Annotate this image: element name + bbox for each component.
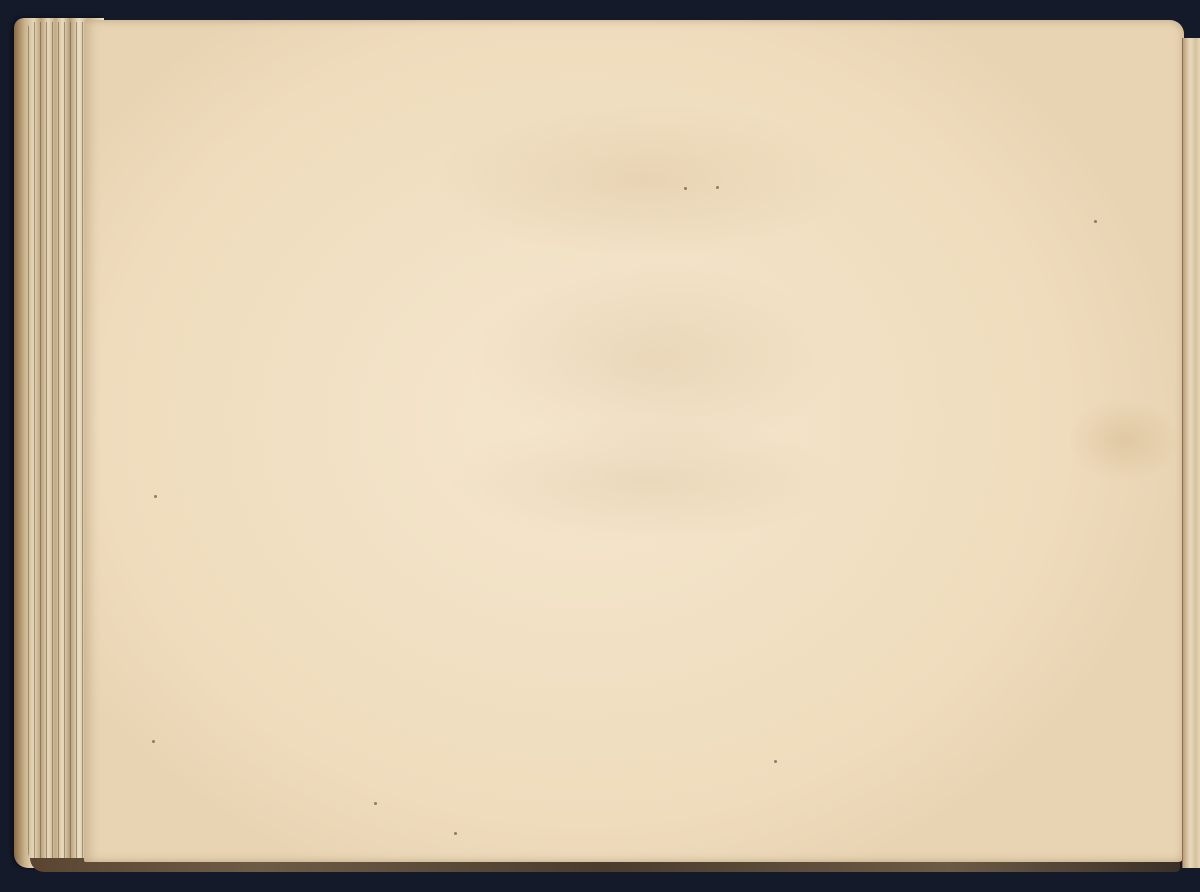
- book-photograph: [0, 0, 1200, 892]
- foxing-speck: [374, 802, 377, 805]
- foxing-speck: [152, 740, 155, 743]
- foxing-speck: [154, 495, 157, 498]
- foxing-speck: [1094, 220, 1097, 223]
- foxing-speck: [716, 186, 719, 189]
- foxing-speck: [454, 832, 457, 835]
- blank-page: [84, 20, 1184, 862]
- page-edges: [28, 22, 88, 862]
- foxing-speck: [774, 760, 777, 763]
- foxing-speck: [684, 187, 687, 190]
- facing-page-edge: [1182, 38, 1200, 868]
